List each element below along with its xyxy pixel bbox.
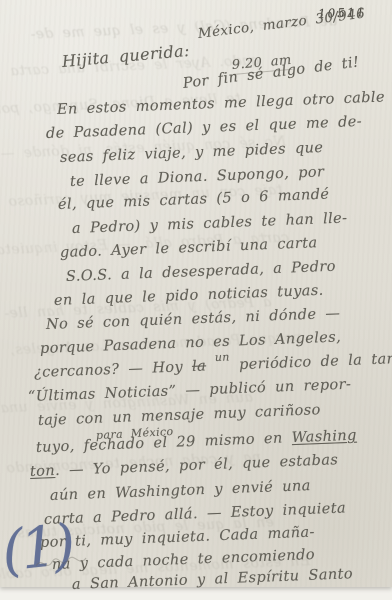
letter-line: S.O.S. a la desesperada, a Pedro (66, 259, 336, 285)
scribble-mark (34, 548, 88, 574)
letter-line: él, que mis cartas (5 o 6 mandé (58, 187, 330, 213)
letter-line: te lleve a Diona. Supongo, por (70, 164, 325, 190)
letter-line-segment: carta a Pedro allá. — Estoy inquieta (44, 500, 347, 528)
letter-line: gado. Ayer le escribí una carta (60, 235, 318, 261)
letter-line-segment: “Últimas Noticias” — publicó un repor- (28, 377, 352, 405)
letter-line-segment: Washing (291, 428, 357, 446)
letter-line-segment: te lleve a Diona. Supongo, por (70, 164, 325, 190)
letter-line-segment: seas feliz viaje, y me pides que (60, 140, 324, 166)
letter-line-segment: un (215, 350, 230, 364)
letter-line-segment: él, que mis cartas (5 o 6 mandé (58, 187, 330, 213)
letter-line-segment: periódico de la tarde (230, 350, 392, 373)
letter-line: No sé con quién estás, ni dónde — (46, 306, 341, 333)
letter-line-segment: ton (30, 463, 56, 480)
letter-line-segment: a Pedro) y mis cables te han lle- (72, 210, 348, 237)
letter-line-segment: No sé con quién estás, ni dónde — (46, 306, 341, 333)
letter-line-segment: de Pasadena (Cal) y es el que me de- (46, 114, 363, 142)
letter-line: taje con un mensaje muy cariñoso (38, 402, 321, 429)
letter-line: carta a Pedro allá. — Estoy inquieta (44, 500, 347, 528)
letter-line-segment: la (192, 358, 207, 375)
letter-line: En estos momentos me llega otro cable (57, 89, 386, 118)
letter-line-segment: gado. Ayer le escribí una carta (60, 235, 318, 261)
place-date-line: México, marzo 30/946 (197, 6, 366, 42)
letter-line-segment: S.O.S. a la desesperada, a Pedro (66, 259, 336, 285)
letter-line-segment: En estos momentos me llega otro cable (57, 89, 386, 118)
letter-line-segment: ¿cercanos? — Hoy (34, 359, 193, 381)
letter-line: aún en Washington y envié una (50, 478, 311, 504)
letter-line-segment: taje con un mensaje muy cariñoso (38, 402, 321, 429)
letter-paper: de Pasadena (Cal) y es el que me de-gado… (0, 0, 392, 587)
letter-line: en la que le pido noticias tuyas. (54, 283, 324, 309)
scan-background: de Pasadena (Cal) y es el que me de-gado… (0, 0, 392, 600)
letter-line-segment: porque Pasadena no es Los Angeles, (40, 329, 342, 357)
letter-line-segment: aún en Washington y envié una (50, 478, 311, 504)
greeting: Hijita querida: (61, 41, 190, 71)
letter-line: a Pedro) y mis cables te han lle- (72, 210, 348, 237)
letter-line: “Últimas Noticias” — publicó un repor- (28, 377, 352, 405)
letter-line: de Pasadena (Cal) y es el que me de- (46, 114, 363, 142)
letter-line: porque Pasadena no es Los Angeles, (40, 329, 342, 357)
letter-line: tuyo, fechado el 29 mismo en Washing (36, 428, 357, 456)
letter-line: por ti, muy inquieta. Cada maña- (40, 524, 315, 551)
letter-line-segment: en la que le pido noticias tuyas. (54, 283, 324, 309)
letter-line-segment: . — Yo pensé, por él, que estabas (55, 452, 339, 479)
letter-line-segment: por ti, muy inquieta. Cada maña- (40, 524, 315, 551)
letter-line: ton. — Yo pensé, por él, que estabas (30, 452, 339, 480)
letter-line: seas feliz viaje, y me pides que (60, 140, 324, 166)
